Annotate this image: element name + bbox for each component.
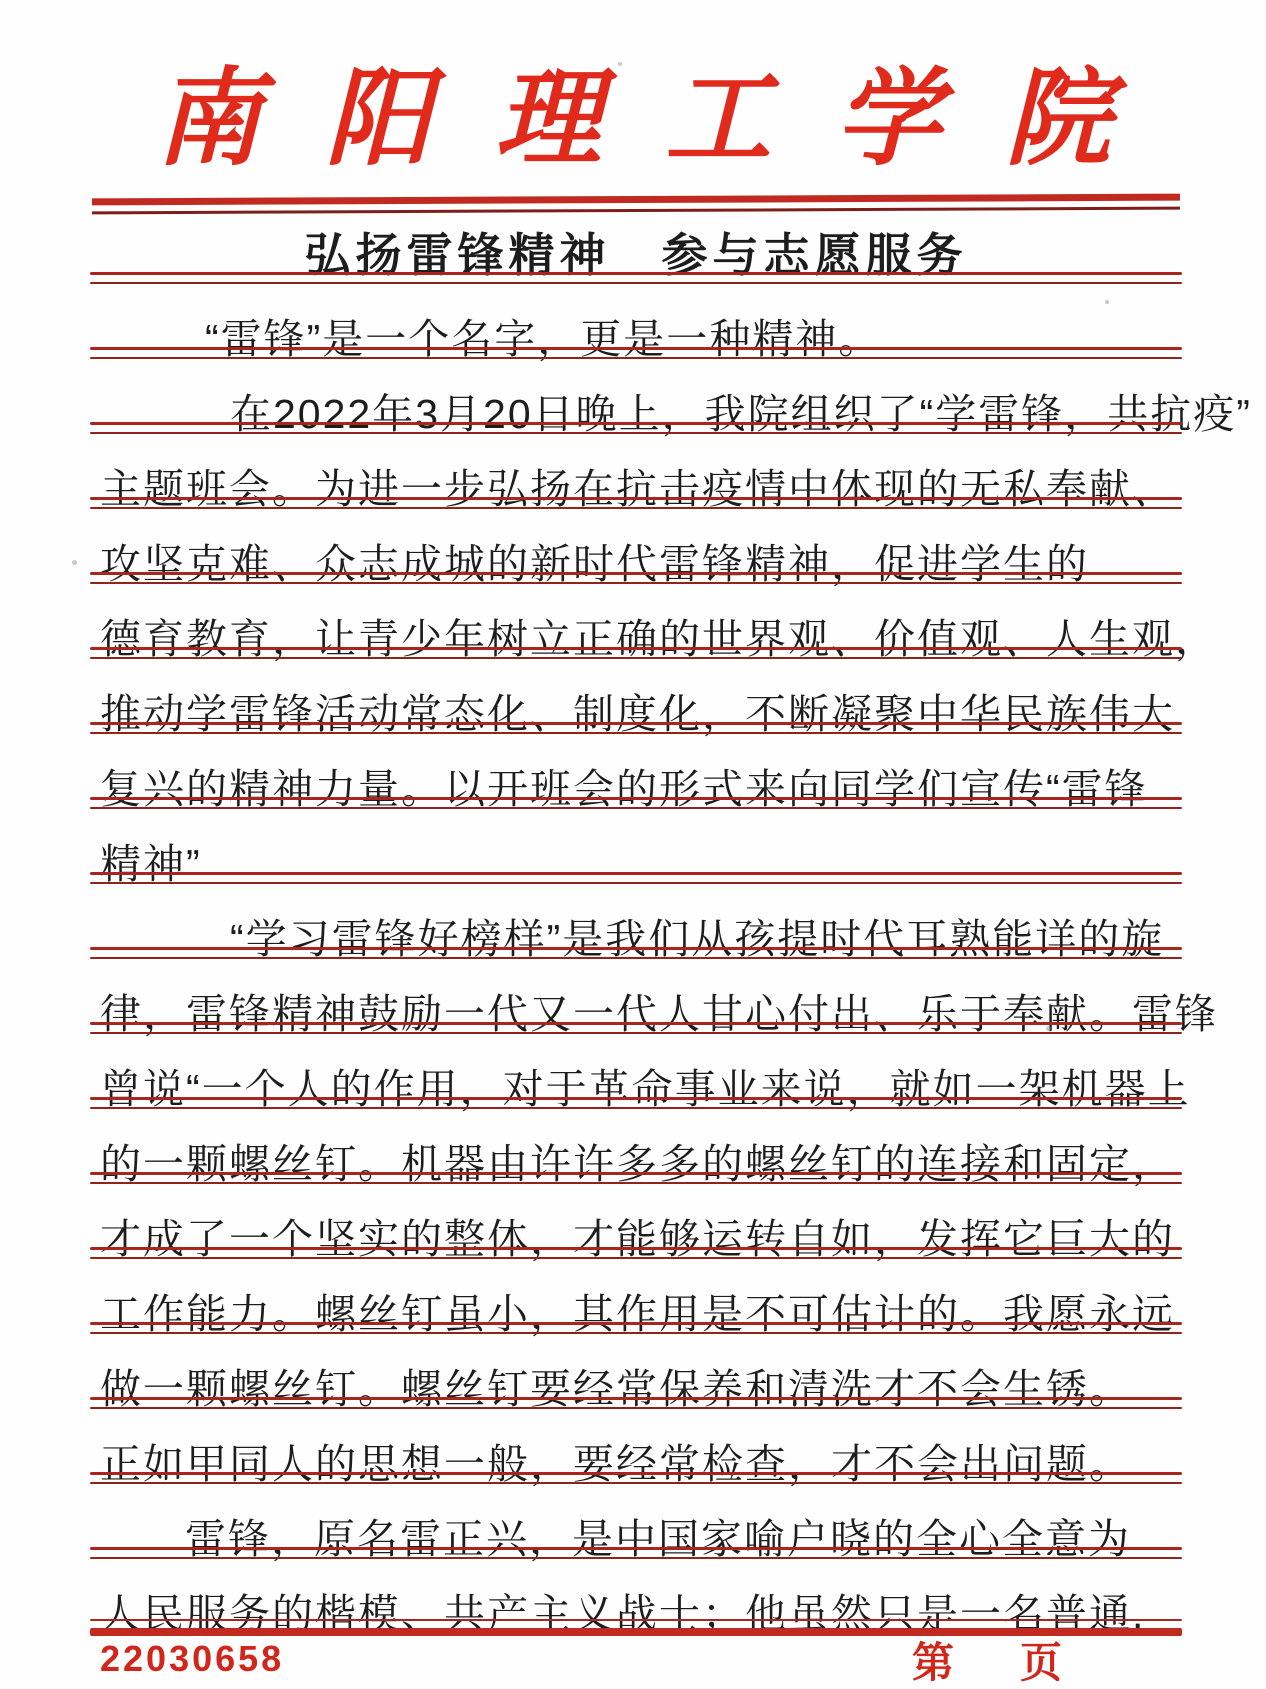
ruled-line-upper [90, 1619, 1182, 1621]
essay-line-text: 雷锋，原名雷正兴，是中国家喻户晓的全心全意为 [185, 1519, 1131, 1561]
essay-line-text: 才成了一个坚实的整体，才能够运转自如，发挥它巨大的 [100, 1219, 1175, 1261]
ruled-line-upper [90, 1097, 1182, 1100]
ruled-line-lower [90, 1557, 1182, 1559]
essay-title-row: 弘扬雷锋精神 参与志愿服务 [92, 212, 1180, 287]
ruled-line-upper [90, 1247, 1182, 1250]
ruled-line-upper [90, 797, 1182, 800]
ruled-line-upper [90, 1322, 1182, 1325]
ruled-line-lower [90, 1332, 1182, 1334]
essay-line-text: 工作能力。螺丝钉虽小，其作用是不可估计的。我愿永远 [100, 1294, 1175, 1336]
essay-line-row: 主题班会。为进一步弘扬在抗击疫情中体现的无私奉献、 [92, 437, 1180, 512]
essay-line-row: 做一颗螺丝钉。螺丝钉要经常保养和清洗才不会生锈。 [92, 1337, 1180, 1412]
ruled-line-lower [90, 1107, 1182, 1109]
essay-line-text: 德育教育，让青少年树立正确的世界观、价值观、人生观， [100, 619, 1218, 661]
essay-line-row: 正如甲同人的思想一般，要经常检查，才不会出问题。 [92, 1412, 1180, 1487]
essay-line-row: 在2022年3月20日晚上，我院组织了“学雷锋，共抗疫” [92, 362, 1180, 437]
essay-line-text: 做一颗螺丝钉。螺丝钉要经常保养和清洗才不会生锈。 [100, 1369, 1132, 1411]
ruled-line-lower [90, 357, 1182, 359]
scan-speckle [618, 62, 622, 66]
ruled-line-lower [90, 957, 1182, 959]
essay-line-text: 正如甲同人的思想一般，要经常检查，才不会出问题。 [100, 1444, 1132, 1486]
essay-line-text: 在2022年3月20日晚上，我院组织了“学雷锋，共抗疫” [230, 394, 1252, 436]
essay-line-row: 复兴的精神力量。以开班会的形式来向同学们宣传“雷锋 [92, 737, 1180, 812]
scan-speckle [1105, 300, 1109, 304]
ruled-line-lower [90, 432, 1182, 434]
ruled-line-lower [90, 1182, 1182, 1184]
ruled-line-lower [90, 657, 1182, 659]
essay-line-row: 律，雷锋精神鼓励一代又一代人甘心付出、乐于奉献。雷锋 [92, 962, 1180, 1037]
essay-line-row: 才成了一个坚实的整体，才能够运转自如，发挥它巨大的 [92, 1187, 1180, 1262]
ruled-line-lower [90, 882, 1182, 884]
ruled-line-lower [90, 1032, 1182, 1034]
essay-line-row: 工作能力。螺丝钉虽小，其作用是不可估计的。我愿永远 [92, 1262, 1180, 1337]
ruled-line-lower [90, 732, 1182, 734]
header-rule-thick [92, 194, 1180, 206]
ruled-line-upper [90, 872, 1182, 875]
ruled-line-upper [90, 1022, 1182, 1025]
essay-line-row: 推动学雷锋活动常态化、制度化，不断凝聚中华民族伟大 [92, 662, 1180, 737]
ruled-line-upper [90, 572, 1182, 575]
essay-line-text: 主题班会。为进一步弘扬在抗击疫情中体现的无私奉献、 [100, 469, 1175, 511]
essay-line-row: “学习雷锋好榜样”是我们从孩提时代耳熟能详的旋 [92, 887, 1180, 962]
ruled-line-upper [90, 1472, 1182, 1475]
ruled-line-upper [90, 647, 1182, 650]
ruled-line-lower [90, 1257, 1182, 1259]
ruled-line-upper [90, 497, 1182, 500]
ruled-line-upper [90, 272, 1182, 275]
ruled-writing-area: 弘扬雷锋精神 参与志愿服务“雷锋”是一个名字，更是一种精神。在2022年3月20… [92, 212, 1180, 1637]
ruled-line-upper [90, 347, 1182, 350]
ruled-line-upper [90, 1172, 1182, 1175]
essay-line-row: 的一颗螺丝钉。机器由许许多多的螺丝钉的连接和固定， [92, 1112, 1180, 1187]
essay-line-row: 精神” [92, 812, 1180, 887]
essay-line-row: 曾说“一个人的作用，对于革命事业来说，就如一架机器上 [92, 1037, 1180, 1112]
essay-line-row: “雷锋”是一个名字，更是一种精神。 [92, 287, 1180, 362]
essay-line-row: 雷锋，原名雷正兴，是中国家喻户晓的全心全意为 [92, 1487, 1180, 1562]
essay-line-text: 复兴的精神力量。以开班会的形式来向同学们宣传“雷锋 [100, 769, 1148, 811]
essay-line-text: 精神” [100, 844, 202, 886]
ruled-line-lower [90, 507, 1182, 509]
page-number-label: 第 页 [912, 1630, 1062, 1689]
ruled-line-upper [90, 422, 1182, 425]
ruled-line-upper [90, 947, 1182, 950]
essay-line-text: 曾说“一个人的作用，对于革命事业来说，就如一架机器上 [100, 1069, 1191, 1111]
page-suffix-char: 页 [1020, 1630, 1062, 1689]
ruled-line-upper [90, 722, 1182, 725]
student-id: 22030658 [100, 1638, 284, 1680]
ruled-line-lower [90, 1482, 1182, 1484]
essay-line-row: 人民服务的楷模、共产主义战士；他虽然只是一名普通. [92, 1562, 1180, 1637]
essay-line-row: 攻坚克难、众志成城的新时代雷锋精神，促进学生的 [92, 512, 1180, 587]
scan-speckle [72, 560, 77, 565]
page-prefix-char: 第 [912, 1630, 954, 1689]
ruled-line-lower [90, 282, 1182, 284]
scan-speckle [1046, 1026, 1051, 1031]
ruled-line-upper [90, 1547, 1182, 1550]
ruled-line-upper [90, 1397, 1182, 1400]
essay-line-row: 德育教育，让青少年树立正确的世界观、价值观、人生观， [92, 587, 1180, 662]
ruled-line-lower [90, 1407, 1182, 1409]
essay-line-text: 的一颗螺丝钉。机器由许许多多的螺丝钉的连接和固定， [100, 1144, 1175, 1186]
school-letterhead: 南阳理工学院 [0, 34, 1266, 186]
essay-line-text: “学习雷锋好榜样”是我们从孩提时代耳熟能详的旋 [230, 919, 1164, 961]
essay-line-text: 攻坚克难、众志成城的新时代雷锋精神，促进学生的 [100, 544, 1089, 586]
ruled-line-lower [90, 807, 1182, 809]
ruled-line-lower [90, 582, 1182, 584]
essay-line-text: 推动学雷锋活动常态化、制度化，不断凝聚中华民族伟大 [100, 694, 1175, 736]
essay-line-text: “雷锋”是一个名字，更是一种精神。 [205, 319, 881, 361]
letter-paper-page: 南阳理工学院 弘扬雷锋精神 参与志愿服务“雷锋”是一个名字，更是一种精神。在20… [0, 0, 1266, 1689]
